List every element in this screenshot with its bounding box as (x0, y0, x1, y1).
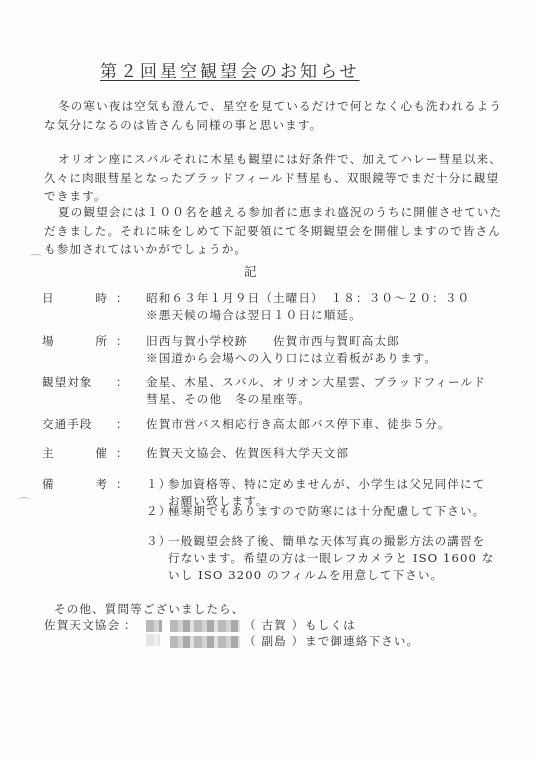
detail-label: 日 時 (42, 290, 108, 307)
paragraph-line: も参加されてはいかがでしょうか。 (44, 240, 504, 259)
remark-text: 一般観望会終了後、簡単な天体写真の撮影方法の講習を 行ないます。希望の方は一眼レ… (168, 533, 494, 584)
paragraph-line: だきました。それに味をしめて下記要領にて冬期観望会を開催しますので皆さん (44, 222, 504, 241)
label-char: 所 (95, 333, 108, 350)
detail-value: 佐賀市営バス相応行き高太郎バス停下車、徒歩５分。 (146, 416, 506, 433)
value-line: 彗星、その他 冬の星座等。 (146, 391, 506, 408)
value-line: ※国道から会場への入り口には立看板があります。 (146, 350, 506, 367)
value-line: 佐賀天文協会、佐賀医科大学天文部 (146, 445, 506, 462)
remark-line: 行ないます。希望の方は一眼レフカメラと ISO 1600 な (168, 550, 494, 567)
colon: ： (116, 290, 128, 307)
value-line: 昭和６３年１月９日（土曜日） １８：３０～２０：３０ (146, 290, 506, 307)
redacted-phone (146, 620, 162, 632)
colon: ： (116, 445, 128, 462)
detail-value: 昭和６３年１月９日（土曜日） １８：３０～２０：３０ ※悪天候の場合は翌日１０日… (146, 290, 506, 324)
paragraph-line: な気分になるのは皆さんも同様の事と思います。 (44, 116, 504, 135)
document-title: 第２回星空観望会のお知らせ (100, 57, 430, 82)
paragraph-2: オリオン座にスバルそれに木星も観望には好条件で、加えてハレー彗星以来、 久々に肉… (44, 150, 504, 206)
scan-mark (18, 497, 30, 502)
colon: ： (116, 333, 128, 350)
remark-text: 極寒期でもありますので防寒には十分配慮して下さい。 (168, 503, 485, 520)
remark-line: 一般観望会終了後、簡単な天体写真の撮影方法の講習を (168, 533, 494, 550)
label-char: 備 (42, 476, 55, 493)
paragraph-3: 夏の観望会には１００名を越える参加者に恵まれ盛況のうちに開催させていた だきまし… (44, 203, 504, 259)
remark-line: 参加資格等、特に定めませんが、小学生は父兄同伴にて (168, 476, 485, 493)
footer-colon: ： (124, 617, 137, 633)
colon: ： (116, 416, 128, 433)
label-char: 時 (95, 290, 108, 307)
contact-name-koga: （ 古賀 ） (244, 617, 304, 633)
redacted-phone (146, 634, 160, 646)
colon: ： (116, 476, 128, 493)
value-line: 佐賀市営バス相応行き高太郎バス停下車、徒歩５分。 (146, 416, 506, 433)
footer-org: 佐賀天文協会 (44, 617, 120, 633)
value-line: 金星、木星、スバル、オリオン大星雲、ブラッドフィールド (146, 374, 506, 391)
detail-value: 旧西与賀小学校跡 佐賀市西与賀町高太郎 ※国道から会場への入り口には立看板があり… (146, 333, 506, 367)
contact-suffix: まで御連絡下さい。 (305, 633, 419, 649)
paragraph-1: 冬の寒い夜は空気も澄んで、星空を見ているだけで何となく心も洗われるよう な気分に… (44, 97, 504, 134)
label-char: 場 (42, 333, 55, 350)
paragraph-line: 夏の観望会には１００名を越える参加者に恵まれ盛況のうちに開催させていた (44, 203, 504, 222)
detail-label: 場 所 (42, 333, 108, 350)
label-char: 考 (95, 476, 108, 493)
paragraph-line: 冬の寒い夜は空気も澄んで、星空を見ているだけで何となく心も洗われるよう (44, 97, 504, 116)
detail-label: 交通手段 (42, 416, 108, 433)
contact-name-soejima: （ 副島 ） (244, 633, 304, 649)
detail-value: 金星、木星、スバル、オリオン大星雲、ブラッドフィールド 彗星、その他 冬の星座等… (146, 374, 506, 408)
value-line: ※悪天候の場合は翌日１０日に順延。 (146, 307, 506, 324)
remark-line: いし ISO 3200 のフィルムを用意して下さい。 (168, 567, 494, 584)
label-char: 日 (42, 290, 55, 307)
detail-label: 備 考 (42, 476, 108, 493)
detail-value: 佐賀天文協会、佐賀医科大学天文部 (146, 445, 506, 462)
ki-heading: 記 (244, 262, 259, 280)
label-char: 主 (42, 445, 55, 462)
value-line: 旧西与賀小学校跡 佐賀市西与賀町高太郎 (146, 333, 506, 350)
footer-intro: その他、質問等ございましたら、 (54, 601, 244, 617)
detail-label: 主 催 (42, 445, 108, 462)
document-page: 第２回星空観望会のお知らせ 冬の寒い夜は空気も澄んで、星空を見ているだけで何とな… (0, 0, 537, 758)
remark-line: 極寒期でもありますので防寒には十分配慮して下さい。 (168, 503, 485, 520)
detail-label: 観望対象 (42, 374, 108, 391)
colon: ： (116, 374, 128, 391)
redacted-phone (170, 636, 240, 648)
paragraph-line: 久々に肉眼彗星となったブラッドフィールド彗星も、双眼鏡等でまだ十分に観望 (44, 169, 504, 188)
redacted-phone (170, 620, 240, 632)
contact-suffix: もしくは (305, 617, 356, 633)
scan-mark (30, 254, 42, 259)
label-char: 催 (95, 445, 108, 462)
paragraph-line: オリオン座にスバルそれに木星も観望には好条件で、加えてハレー彗星以来、 (44, 150, 504, 169)
